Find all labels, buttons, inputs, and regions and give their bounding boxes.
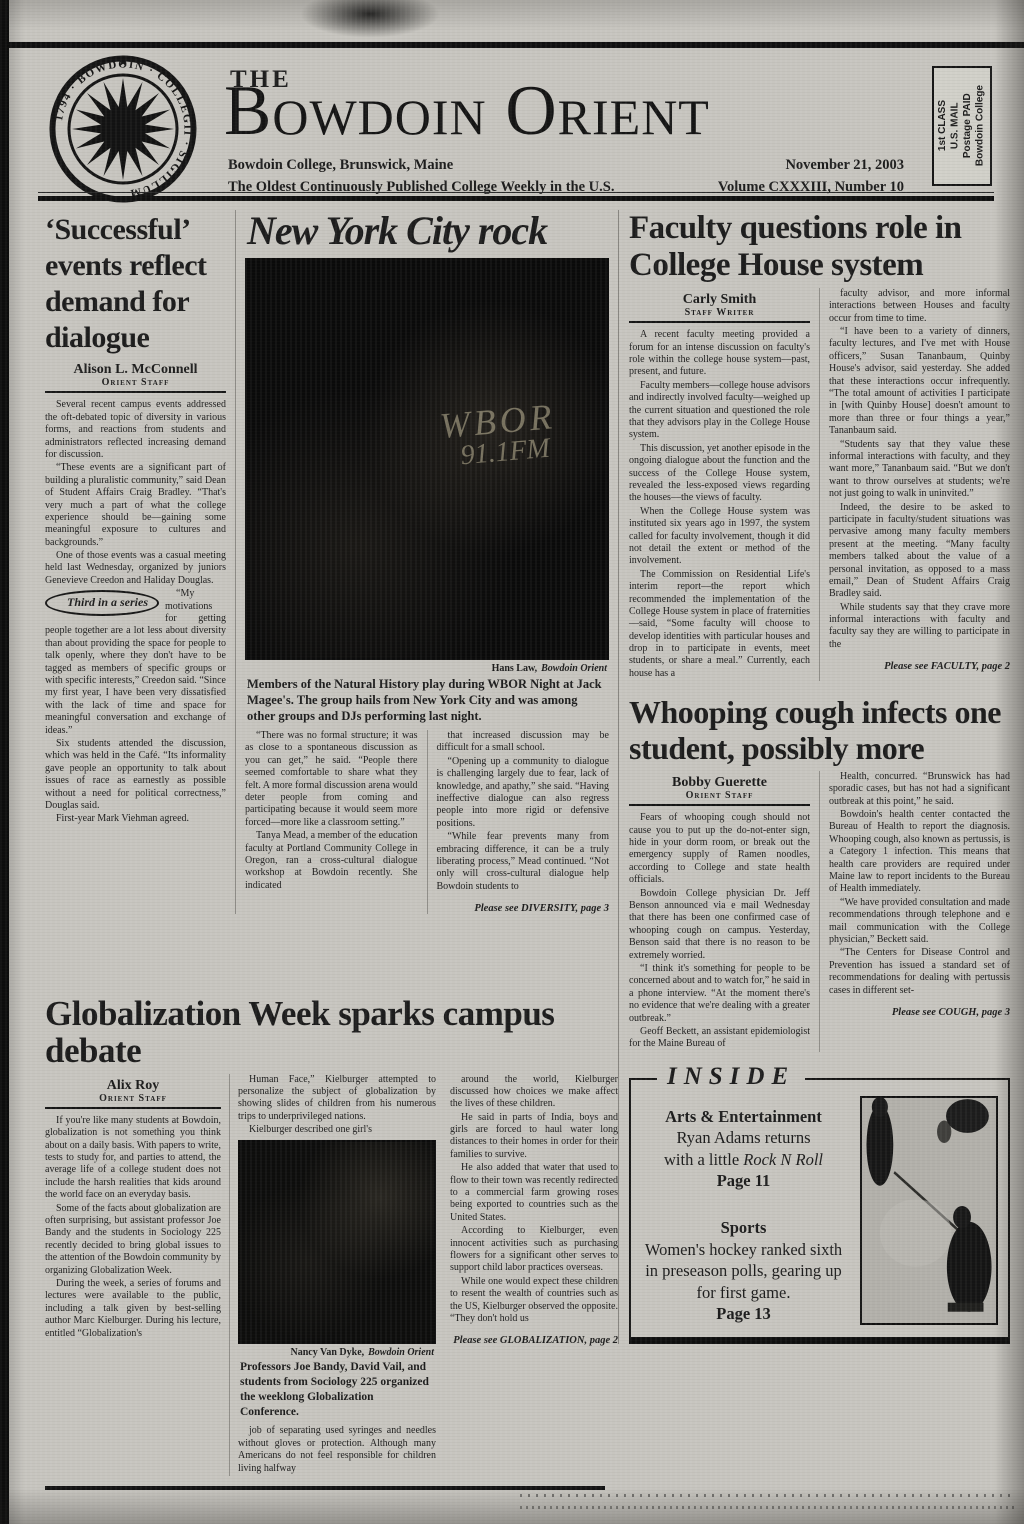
issue-date: November 21, 2003 — [718, 154, 904, 176]
wbor-banner: WBOR 91.1FM — [438, 398, 559, 472]
paragraph: Postage PAID — [962, 85, 975, 166]
paragraph: “The Centers for Disease Control and Pre… — [829, 947, 1010, 997]
paragraph: “We have provided consultation and made … — [829, 897, 1010, 947]
paragraph: “I think it's something for people to be… — [629, 963, 810, 1025]
paragraph: “I have been to a variety of dinners, fa… — [829, 326, 1010, 438]
credit-source: Bowdoin Orient — [541, 663, 607, 674]
nyc-rock-col2-text: that increased discussion may be difficu… — [437, 730, 610, 893]
dialogue-body-bottom: Six students attended the discussion, wh… — [45, 738, 226, 826]
byline-name: Carly Smith — [629, 292, 810, 307]
paragraph: that increased discussion may be difficu… — [437, 730, 610, 755]
byline-role: Orient Staff — [45, 1093, 221, 1104]
bowdoin-seal-icon: 1794 · BOWDOIN · COLLEGII · SIGILLUM ★ — [48, 54, 198, 204]
continuation-globalization: Please see GLOBALIZATION, page 2 — [450, 1335, 618, 1346]
paragraph: If you're like many students at Bowdoin,… — [45, 1115, 221, 1202]
paragraph: While students say that they crave more … — [829, 602, 1010, 652]
hockey-photo — [860, 1096, 998, 1325]
cough-col2-text: Health, concurred. “Brunswick has had sp… — [829, 771, 1010, 997]
inside-arts-section: Arts & Entertainment — [641, 1106, 846, 1127]
inside-arts-page: Page 11 — [641, 1170, 846, 1191]
top-rule — [9, 42, 1024, 48]
globalization-col3-text: around the world, Kielburger discussed h… — [450, 1074, 618, 1326]
faculty-byline: Carly Smith Staff Writer — [629, 292, 810, 323]
postage-stamp-box: 1st CLASSU.S. MAILPostage PAIDBowdoin Co… — [932, 66, 992, 186]
paragraph: When the College House system was instit… — [629, 506, 810, 568]
cough-columns: Bobby Guerette Orient Staff Fears of who… — [629, 771, 1010, 1052]
globalization-columns: Alix Roy Orient Staff If you're like man… — [45, 1074, 605, 1476]
paragraph: “These events are a significant part of … — [45, 462, 226, 549]
article-cough: Whooping cough infects one student, poss… — [629, 695, 1010, 1051]
credit-name: Nancy Van Dyke, — [291, 1347, 365, 1358]
series-badge: Third in a series — [45, 590, 159, 616]
paragraph: Faculty members—college house advisors a… — [629, 380, 810, 442]
globalization-col2-bottom: job of separating used syringes and need… — [238, 1425, 436, 1475]
globalization-col3: around the world, Kielburger discussed h… — [444, 1074, 618, 1476]
globalization-wrap: Globalization Week sparks campus debate … — [45, 988, 605, 1490]
globalization-col1: Alix Roy Orient Staff If you're like man… — [45, 1074, 229, 1476]
paragraph: Human Face,” Kielburger attempted to per… — [238, 1074, 436, 1124]
right-column: Faculty questions role in College House … — [618, 210, 1010, 1344]
paragraph: Geoff Beckett, an assistant epidemiologi… — [629, 1026, 810, 1051]
paragraph: “While fear prevents many from embracing… — [437, 831, 610, 893]
paragraph: Health, concurred. “Brunswick has had sp… — [829, 771, 1010, 808]
nyc-rock-headline: New York City rock — [247, 210, 609, 252]
paragraph: “Students say that they value these info… — [829, 439, 1010, 501]
byline-name: Bobby Guerette — [629, 775, 810, 790]
paragraph: faculty advisor, and more informal inter… — [829, 288, 1010, 325]
newspaper-title: Bowdoin Orient — [224, 76, 710, 147]
photo-caption: Members of the Natural History play duri… — [247, 676, 607, 724]
credit-source: Bowdoin Orient — [368, 1347, 434, 1358]
paragraph: Bowdoin College physician Dr. Jeff Benso… — [629, 888, 810, 962]
dialogue-body-top: Several recent campus events addressed t… — [45, 399, 226, 587]
inside-arts-line2-italic: Rock N Roll — [743, 1150, 823, 1169]
tagline-location: Bowdoin College, Brunswick, Maine — [228, 154, 614, 176]
globalization-headline: Globalization Week sparks campus debate — [45, 996, 605, 1070]
paragraph: Indeed, the desire to be asked to partic… — [829, 502, 1010, 601]
faculty-col2: faculty advisor, and more informal inter… — [819, 288, 1010, 681]
faculty-headline: Faculty questions role in College House … — [629, 210, 1010, 284]
paragraph: Tanya Mead, a member of the education fa… — [245, 830, 418, 892]
cough-col1-text: Fears of whooping cough should not cause… — [629, 812, 810, 1050]
paragraph: A recent faculty meeting provided a foru… — [629, 329, 810, 379]
paragraph: He also added that water that used to fl… — [450, 1162, 618, 1224]
masthead: 1794 · BOWDOIN · COLLEGII · SIGILLUM ★ T… — [40, 50, 992, 196]
byline-role: Staff Writer — [629, 307, 810, 318]
inside-items: Arts & Entertainment Ryan Adams returns … — [641, 1096, 846, 1325]
paragraph: First-year Mark Viehman agreed. — [45, 813, 226, 825]
credit-name: Hans Law, — [492, 663, 538, 674]
article-nyc-rock: New York City rock WBOR 91.1FM Hans Law,… — [235, 210, 609, 914]
cough-col1: Bobby Guerette Orient Staff Fears of who… — [629, 771, 810, 1052]
scan-smudge — [300, 0, 440, 38]
inside-arts-line1: Ryan Adams returns — [641, 1127, 846, 1148]
paragraph: While one would expect these children to… — [450, 1276, 618, 1326]
byline-name: Alix Roy — [45, 1078, 221, 1093]
masthead-rule — [38, 196, 994, 201]
cough-col2: Health, concurred. “Brunswick has had sp… — [819, 771, 1010, 1052]
paragraph: U.S. MAIL — [950, 85, 963, 166]
continuation-diversity: Please see DIVERSITY, page 3 — [437, 903, 610, 914]
inside-arts-line2-pre: with a little — [664, 1150, 739, 1169]
paragraph: Bowdoin's health center contacted the Bu… — [829, 809, 1010, 896]
scan-noise — [520, 1492, 1014, 1518]
globalization-col1-text: If you're like many students at Bowdoin,… — [45, 1115, 221, 1340]
paragraph: He said in parts of India, boys and girl… — [450, 1112, 618, 1162]
nyc-rock-columns: “There was no formal structure; it was a… — [245, 730, 609, 914]
photo-credit: Hans Law,Bowdoin Orient — [245, 663, 607, 674]
bottom-rule — [45, 1486, 605, 1490]
inside-title: INSIDE — [657, 1063, 805, 1091]
paragraph: “There was no formal structure; it was a… — [245, 730, 418, 829]
paragraph: According to Kielburger, even innocent a… — [450, 1225, 618, 1275]
paragraph: job of separating used syringes and need… — [238, 1425, 436, 1475]
cough-byline: Bobby Guerette Orient Staff — [629, 775, 810, 806]
continuation-faculty: Please see FACULTY, page 2 — [829, 661, 1010, 672]
article-faculty: Faculty questions role in College House … — [629, 210, 1010, 681]
faculty-col1-text: A recent faculty meeting provided a foru… — [629, 329, 810, 680]
nyc-rock-col2: that increased discussion may be difficu… — [427, 730, 610, 914]
dialogue-headline: ‘Successful’ events reflect demand for d… — [45, 212, 226, 356]
byline-role: Orient Staff — [629, 790, 810, 801]
nyc-rock-col1: “There was no formal structure; it was a… — [245, 730, 418, 914]
inside-sports-text: Women's hockey ranked sixth in preseason… — [641, 1239, 846, 1303]
scan-edge — [0, 0, 9, 1524]
globalization-caption: Professors Joe Bandy, David Vail, and st… — [240, 1360, 434, 1419]
faculty-columns: Carly Smith Staff Writer A recent facult… — [629, 288, 1010, 681]
paragraph: Bowdoin College — [975, 85, 988, 166]
globalization-col2-top: Human Face,” Kielburger attempted to per… — [238, 1074, 436, 1137]
wbor-concert-photo: WBOR 91.1FM — [245, 258, 609, 660]
paragraph: One of those events was a casual meeting… — [45, 550, 226, 587]
newspaper-front-page: 1794 · BOWDOIN · COLLEGII · SIGILLUM ★ T… — [0, 0, 1024, 1524]
seal-star-icon: ★ — [117, 54, 129, 69]
globalization-photo-credit: Nancy Van Dyke,Bowdoin Orient — [238, 1347, 434, 1358]
paragraph: 1st CLASS — [937, 85, 950, 166]
paragraph: “Opening up a community to dialogue is c… — [437, 756, 610, 830]
paragraph: Fears of whooping cough should not cause… — [629, 812, 810, 886]
byline-name: Alison L. McConnell — [45, 362, 226, 377]
inside-sports-page: Page 13 — [641, 1303, 846, 1324]
dialogue-byline: Alison L. McConnell Orient Staff — [45, 362, 226, 393]
globalization-byline: Alix Roy Orient Staff — [45, 1078, 221, 1109]
byline-role: Orient Staff — [45, 377, 226, 388]
postage-stamp-text: 1st CLASSU.S. MAILPostage PAIDBowdoin Co… — [937, 85, 987, 166]
globalization-col2: Human Face,” Kielburger attempted to per… — [229, 1074, 444, 1476]
continuation-cough: Please see COUGH, page 3 — [829, 1007, 1010, 1018]
inside-sports-section: Sports — [641, 1217, 846, 1238]
inside-box: INSIDE Arts & Entertainment Ryan Adams r… — [629, 1078, 1010, 1344]
paragraph: This discussion, yet another episode in … — [629, 443, 810, 505]
faculty-col2-text: faculty advisor, and more informal inter… — [829, 288, 1010, 651]
cough-headline: Whooping cough infects one student, poss… — [629, 695, 1010, 767]
paragraph: around the world, Kielburger discussed h… — [450, 1074, 618, 1111]
faculty-col1: Carly Smith Staff Writer A recent facult… — [629, 288, 810, 681]
paragraph: Several recent campus events addressed t… — [45, 399, 226, 461]
inside-arts-line2: with a little Rock N Roll — [641, 1149, 846, 1170]
paragraph: The Commission on Residential Life's int… — [629, 569, 810, 681]
paragraph: During the week, a series of forums and … — [45, 1278, 221, 1340]
article-globalization: Globalization Week sparks campus debate … — [45, 996, 605, 1490]
globalization-photo — [238, 1140, 436, 1344]
wbor-banner-line2: 91.1FM — [459, 434, 559, 470]
paragraph: Kielburger described one girl's — [238, 1124, 436, 1136]
dialogue-badge-paragraph: Third in a series“My motivations for get… — [45, 588, 226, 737]
paragraph: Six students attended the discussion, wh… — [45, 738, 226, 812]
paragraph: Some of the facts about globalization ar… — [45, 1203, 221, 1277]
